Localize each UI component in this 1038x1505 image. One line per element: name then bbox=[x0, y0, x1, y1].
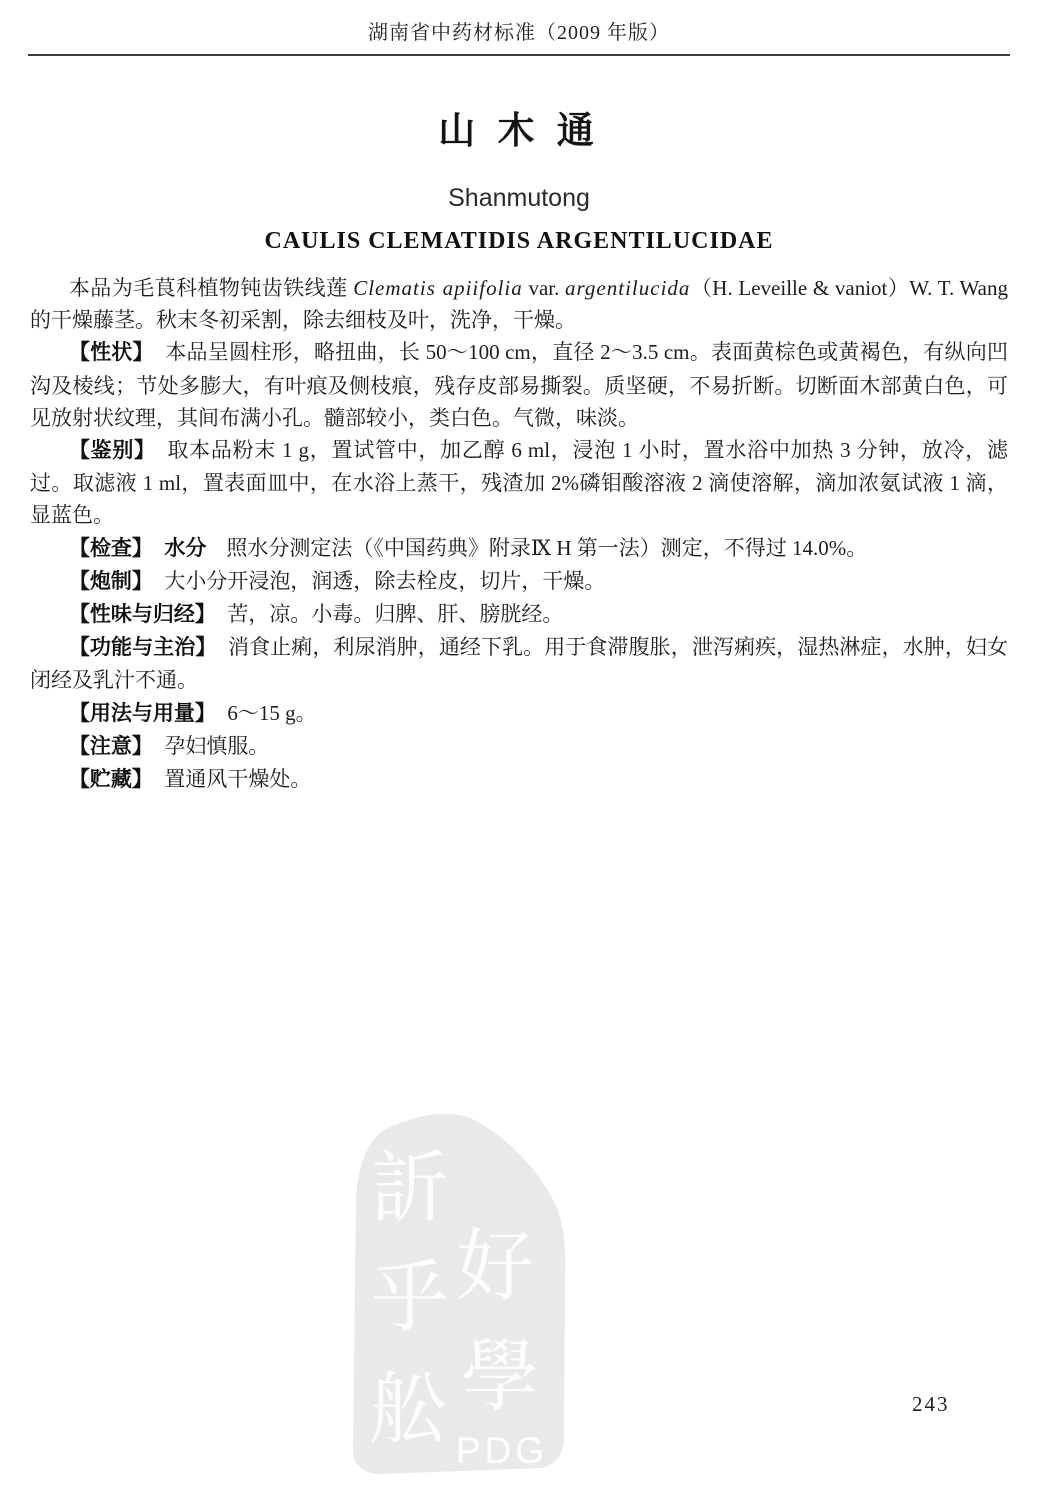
header-rule bbox=[28, 54, 1010, 56]
text-run: 置通风干燥处。 bbox=[164, 767, 311, 791]
watermark-pdg-label: PDG bbox=[456, 1430, 548, 1471]
section-label: 【用法与用量】 bbox=[69, 702, 216, 725]
section-label: 【鉴别】 bbox=[69, 439, 156, 462]
section-label: 【性状】 bbox=[69, 341, 154, 364]
paragraph: 【检查】水分照水分测定法（《中国药典》附录Ⅸ H 第一法）测定，不得过 14.0… bbox=[30, 532, 1008, 565]
watermark-stone-shape bbox=[353, 1114, 565, 1474]
document-page: 湖南省中药材标准（2009 年版） 山 木 通 Shanmutong CAULI… bbox=[0, 0, 1038, 1505]
paragraph: 【功能与主治】消食止痢，利尿消肿，通经下乳。用于食滞腹胀，泄泻痢疾，湿热淋症，水… bbox=[30, 631, 1008, 696]
latin-title: CAULIS CLEMATIDIS ARGENTILUCIDAE bbox=[0, 228, 1038, 255]
section-label: 【注意】 bbox=[69, 735, 153, 758]
page-number: 243 bbox=[912, 1392, 950, 1417]
section-label: 【检查】 bbox=[69, 537, 153, 560]
text-run: 孕妇慎服。 bbox=[164, 734, 269, 758]
section-label: 【炮制】 bbox=[69, 570, 153, 593]
section-label: 【性味与归经】 bbox=[69, 603, 216, 626]
text-run: 水分 bbox=[164, 537, 206, 560]
text-run: 取本品粉末 1 g，置试管中，加乙醇 6 ml，浸泡 1 小时，置水浴中加热 3… bbox=[30, 438, 1008, 527]
watermark-seal: 訢 乎 舩 好 學 PDG bbox=[328, 1106, 578, 1481]
paragraph: 【鉴别】取本品粉末 1 g，置试管中，加乙醇 6 ml，浸泡 1 小时，置水浴中… bbox=[30, 434, 1008, 532]
paragraph: 【性味与归经】苦，凉。小毒。归脾、肝、膀胱经。 bbox=[30, 598, 1008, 631]
pinyin-title: Shanmutong bbox=[0, 184, 1038, 213]
watermark-seal-char: 學 bbox=[461, 1333, 539, 1420]
text-run: 6～15 g。 bbox=[227, 701, 316, 725]
paragraph: 【贮藏】置通风干燥处。 bbox=[30, 763, 1008, 796]
watermark-seal-char: 舩 bbox=[369, 1366, 447, 1453]
paragraph: 本品为毛茛科植物钝齿铁线莲 Clematis apiifolia var. ar… bbox=[30, 272, 1008, 336]
text-run: 本品呈圆柱形，略扭曲，长 50～100 cm，直径 2～3.5 cm。表面黄棕色… bbox=[30, 340, 1008, 429]
watermark-seal-char: 乎 bbox=[371, 1254, 449, 1341]
watermark-seal-char: 訢 bbox=[371, 1144, 449, 1231]
text-run: 照水分测定法（《中国药典》附录Ⅸ H 第一法）测定，不得过 14.0%。 bbox=[226, 536, 867, 560]
text-run: var. bbox=[523, 276, 565, 300]
page-title: 山 木 通 bbox=[0, 100, 1038, 154]
paragraph: 【注意】孕妇慎服。 bbox=[30, 730, 1008, 763]
text-run: 大小分开浸泡，润透，除去栓皮，切片，干燥。 bbox=[164, 569, 605, 593]
text-run: 苦，凉。小毒。归脾、肝、膀胱经。 bbox=[227, 602, 563, 626]
text-run: argentilucida bbox=[565, 276, 690, 300]
watermark-seal-char: 好 bbox=[456, 1223, 534, 1310]
section-label: 【功能与主治】 bbox=[69, 636, 217, 659]
paragraph: 【用法与用量】6～15 g。 bbox=[30, 697, 1008, 730]
paragraph: 【性状】本品呈圆柱形，略扭曲，长 50～100 cm，直径 2～3.5 cm。表… bbox=[30, 336, 1008, 434]
text-run: 本品为毛茛科植物钝齿铁线莲 bbox=[69, 276, 353, 300]
paragraph: 【炮制】大小分开浸泡，润透，除去栓皮，切片，干燥。 bbox=[30, 565, 1008, 598]
monograph-body: 本品为毛茛科植物钝齿铁线莲 Clematis apiifolia var. ar… bbox=[30, 272, 1008, 796]
text-run: Clematis apiifolia bbox=[353, 276, 523, 300]
running-header: 湖南省中药材标准（2009 年版） bbox=[0, 16, 1038, 45]
section-label: 【贮藏】 bbox=[69, 768, 153, 791]
